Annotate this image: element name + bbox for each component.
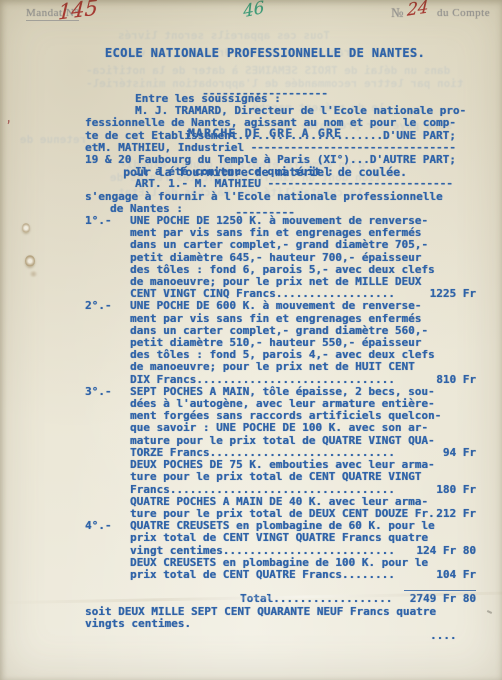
document-line: vingts centimes. <box>85 618 478 630</box>
school-title: ECOLE NATIONALE PROFESSIONNELLE DE NANTE… <box>34 47 496 60</box>
document-line: .... <box>430 630 478 642</box>
item-number: 4°.- <box>85 520 112 532</box>
line-text: que savoir : UNE POCHE DE 100 K. avec so… <box>130 421 428 434</box>
line-text: etM. MATHIEU, Industriel ---------------… <box>85 141 456 154</box>
paper-hole <box>22 223 30 233</box>
line-text: vingts centimes. <box>85 617 191 630</box>
line-text: Francs.................................. <box>130 483 395 496</box>
line-text: ART. 1.- M. MATHIEU --------------------… <box>135 177 453 190</box>
line-text: vingt centimes.......................... <box>130 544 395 557</box>
line-text: SEPT POCHES A MAIN, tôle épaisse, 2 becs… <box>130 385 435 398</box>
line-text: soit DEUX MILLE SEPT CENT QUARANTE NEUF … <box>85 605 436 618</box>
line-text: de Nantes : <box>110 202 183 215</box>
item-number: 3°.- <box>85 386 112 398</box>
line-text: DIX Francs.............................. <box>130 373 395 386</box>
line-text: de manoeuvre; pour le prix net de MILLE … <box>130 275 421 288</box>
handwritten-folio-number: 46 <box>243 0 266 22</box>
line-text: des tôles : fond 6, parois 5,- avec deux… <box>130 263 435 276</box>
numero-stamp: № <box>391 5 404 21</box>
paper-smudge <box>29 271 38 277</box>
document-line: prix total de CENT QUATRE Francs........… <box>130 569 478 581</box>
line-text: te de cet Etablissement.................… <box>85 129 456 142</box>
line-text: .... <box>430 629 457 642</box>
line-text: DEUX CREUSETS en plombagine de 100 K. po… <box>130 556 428 569</box>
line-text: prix total de CENT QUATRE Francs........ <box>130 568 395 581</box>
line-text <box>85 580 92 593</box>
compte-stamp-label: du Compte <box>437 7 490 19</box>
line-text: QUATRE POCHES A MAIN DE 40 K. avec leur … <box>130 495 428 508</box>
pencil-mark <box>487 610 492 614</box>
line-text: ment par vis sans fin et engrenages enfe… <box>130 312 421 325</box>
line-text: dans un carter complet,- grand diamètre … <box>130 324 428 337</box>
line-text: fessionnelle de Nantes, agissant au nom … <box>85 116 456 129</box>
line-text: ture pour le prix total de CENT QUATRE V… <box>130 470 421 483</box>
line-text: Il a été convenu ce qui suit : <box>135 165 334 178</box>
line-text: prix total de CENT VINGT QUATRE Francs q… <box>130 531 428 544</box>
line-text: s'engage à fournir à l'Ecole nationale p… <box>85 190 443 203</box>
line-text: UNE POCHE DE 600 K. à mouvement de renve… <box>130 299 421 312</box>
line-text: TORZE Francs............................ <box>130 446 395 459</box>
item-number: 2°.- <box>85 300 112 312</box>
handwritten-compte-number: 24 <box>407 0 429 21</box>
line-text: mature pour le prix total de QUATRE VING… <box>130 434 435 447</box>
document-page: { "document": { "stamps": { "mandat_labe… <box>0 0 502 680</box>
line-text: dans un carter complet,- grand diamètre … <box>130 238 428 251</box>
red-pen-mark: , <box>2 108 12 127</box>
item-number: 1°.- <box>85 215 112 227</box>
document-body: Entre les soussignés :M. J. TRAMARD, Dir… <box>85 93 478 642</box>
price-value: 104 Fr <box>384 569 476 581</box>
paper-hole <box>25 255 35 267</box>
line-text: de manoeuvre; pour le prix net de HUIT C… <box>130 360 415 373</box>
line-text: petit diamètre 645,- hauteur 700,- épais… <box>130 251 421 264</box>
